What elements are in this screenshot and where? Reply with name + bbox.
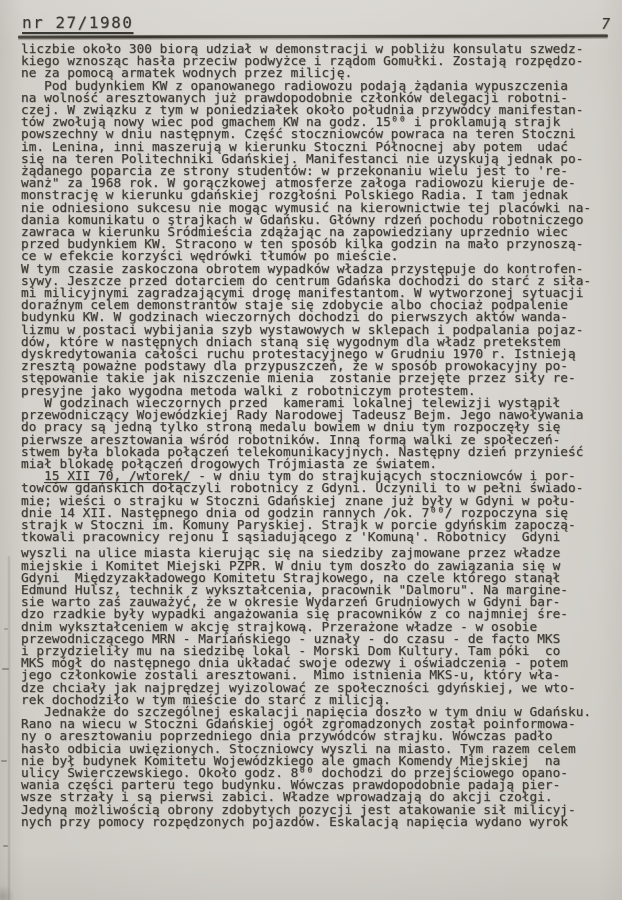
scan-smudge bbox=[0, 884, 14, 900]
document-page: nr 27/1980 7 liczbie około 300 biorą udz… bbox=[0, 0, 622, 900]
text-line: tkowali pracownicy rejonu I sąsiadująceg… bbox=[21, 532, 611, 544]
scan-speck bbox=[3, 845, 8, 847]
scan-speck bbox=[4, 628, 8, 630]
scan-crease bbox=[8, 556, 10, 900]
text-line: nych przy pomocy rozpędzonych pojazdów. … bbox=[21, 817, 611, 829]
scan-speck bbox=[1, 760, 7, 762]
body-text: liczbie około 300 biorą udział w demonst… bbox=[21, 44, 611, 829]
page-number: 7 bbox=[599, 15, 611, 33]
issue-number: nr 27/1980 bbox=[22, 13, 133, 32]
scan-speck bbox=[2, 668, 9, 670]
